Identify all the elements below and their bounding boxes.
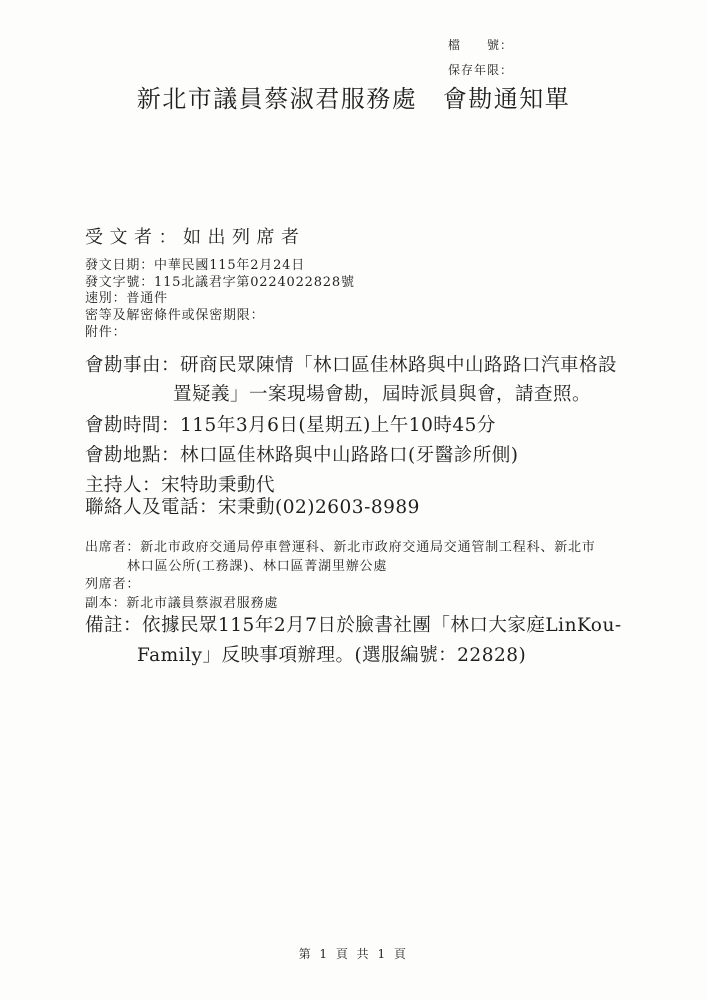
security-line: 密等及解密條件或保密期限： bbox=[85, 308, 355, 325]
archival-meta: 檔 號： 保存年限： bbox=[448, 38, 513, 77]
contact-line: 聯絡人及電話：宋秉動(02)2603-8989 bbox=[85, 493, 420, 519]
issue-date-line: 發文日期：中華民國115年2月24日 bbox=[85, 258, 355, 275]
issuing-meta-block: 發文日期：中華民國115年2月24日 發文字號：115北議君字第02240228… bbox=[85, 258, 355, 342]
attendance-block: 出席者：新北市政府交通局停車營運科、新北市政府交通局交通管制工程科、新北市 林口… bbox=[85, 539, 596, 613]
remarks-line-1: 備註：依據民眾115年2月7日於臉書社團「林口大家庭LinKou- bbox=[85, 611, 622, 641]
inspection-time-line: 會勘時間：115年3月6日(星期五)上午10時45分 bbox=[85, 411, 496, 437]
file-number-label: 檔 號： bbox=[448, 38, 513, 52]
notice-document-page: 檔 號： 保存年限： 新北市議員蔡淑君服務處 會勘通知單 受文者：如出列席者 發… bbox=[0, 0, 707, 1000]
subject-line-2: 置疑義」一案現場會勘，屆時派員與會，請查照。 bbox=[173, 380, 617, 409]
retention-period-label: 保存年限： bbox=[448, 63, 513, 77]
attendees-line-1: 出席者：新北市政府交通局停車營運科、新北市政府交通局交通管制工程科、新北市 bbox=[85, 539, 596, 558]
recipient-line: 受文者：如出列席者 bbox=[85, 223, 306, 249]
subject-label: 會勘事由： bbox=[85, 355, 180, 376]
observers-line: 列席者： bbox=[85, 576, 596, 595]
page-number-footer: 第 1 頁 共 1 頁 bbox=[0, 945, 707, 962]
remarks-line-2: Family」反映事項辦理。(選服編號：22828) bbox=[137, 641, 622, 671]
speed-line: 速別：普通件 bbox=[85, 291, 355, 308]
remarks-label: 備註： bbox=[85, 615, 142, 636]
attendees-line-2: 林口區公所(工務課)、林口區菁湖里辦公處 bbox=[127, 558, 596, 577]
remarks-field: 備註：依據民眾115年2月7日於臉書社團「林口大家庭LinKou- Family… bbox=[85, 611, 622, 671]
recipient-value: 如出列席者 bbox=[183, 227, 306, 248]
document-title: 新北市議員蔡淑君服務處 會勘通知單 bbox=[0, 79, 707, 114]
attendees-label: 出席者： bbox=[85, 540, 140, 555]
subject-line-1: 會勘事由：研商民眾陳情「林口區佳林路與中山路路口汽車格設 bbox=[85, 351, 617, 380]
recipient-label: 受文者： bbox=[85, 227, 183, 248]
inspection-location-line: 會勘地點：林口區佳林路與中山路路口(牙醫診所側) bbox=[85, 441, 518, 467]
subject-field: 會勘事由：研商民眾陳情「林口區佳林路與中山路路口汽車格設 置疑義」一案現場會勘，… bbox=[85, 351, 617, 409]
attachment-line: 附件： bbox=[85, 325, 355, 342]
doc-number-line: 發文字號：115北議君字第0224022828號 bbox=[85, 275, 355, 292]
